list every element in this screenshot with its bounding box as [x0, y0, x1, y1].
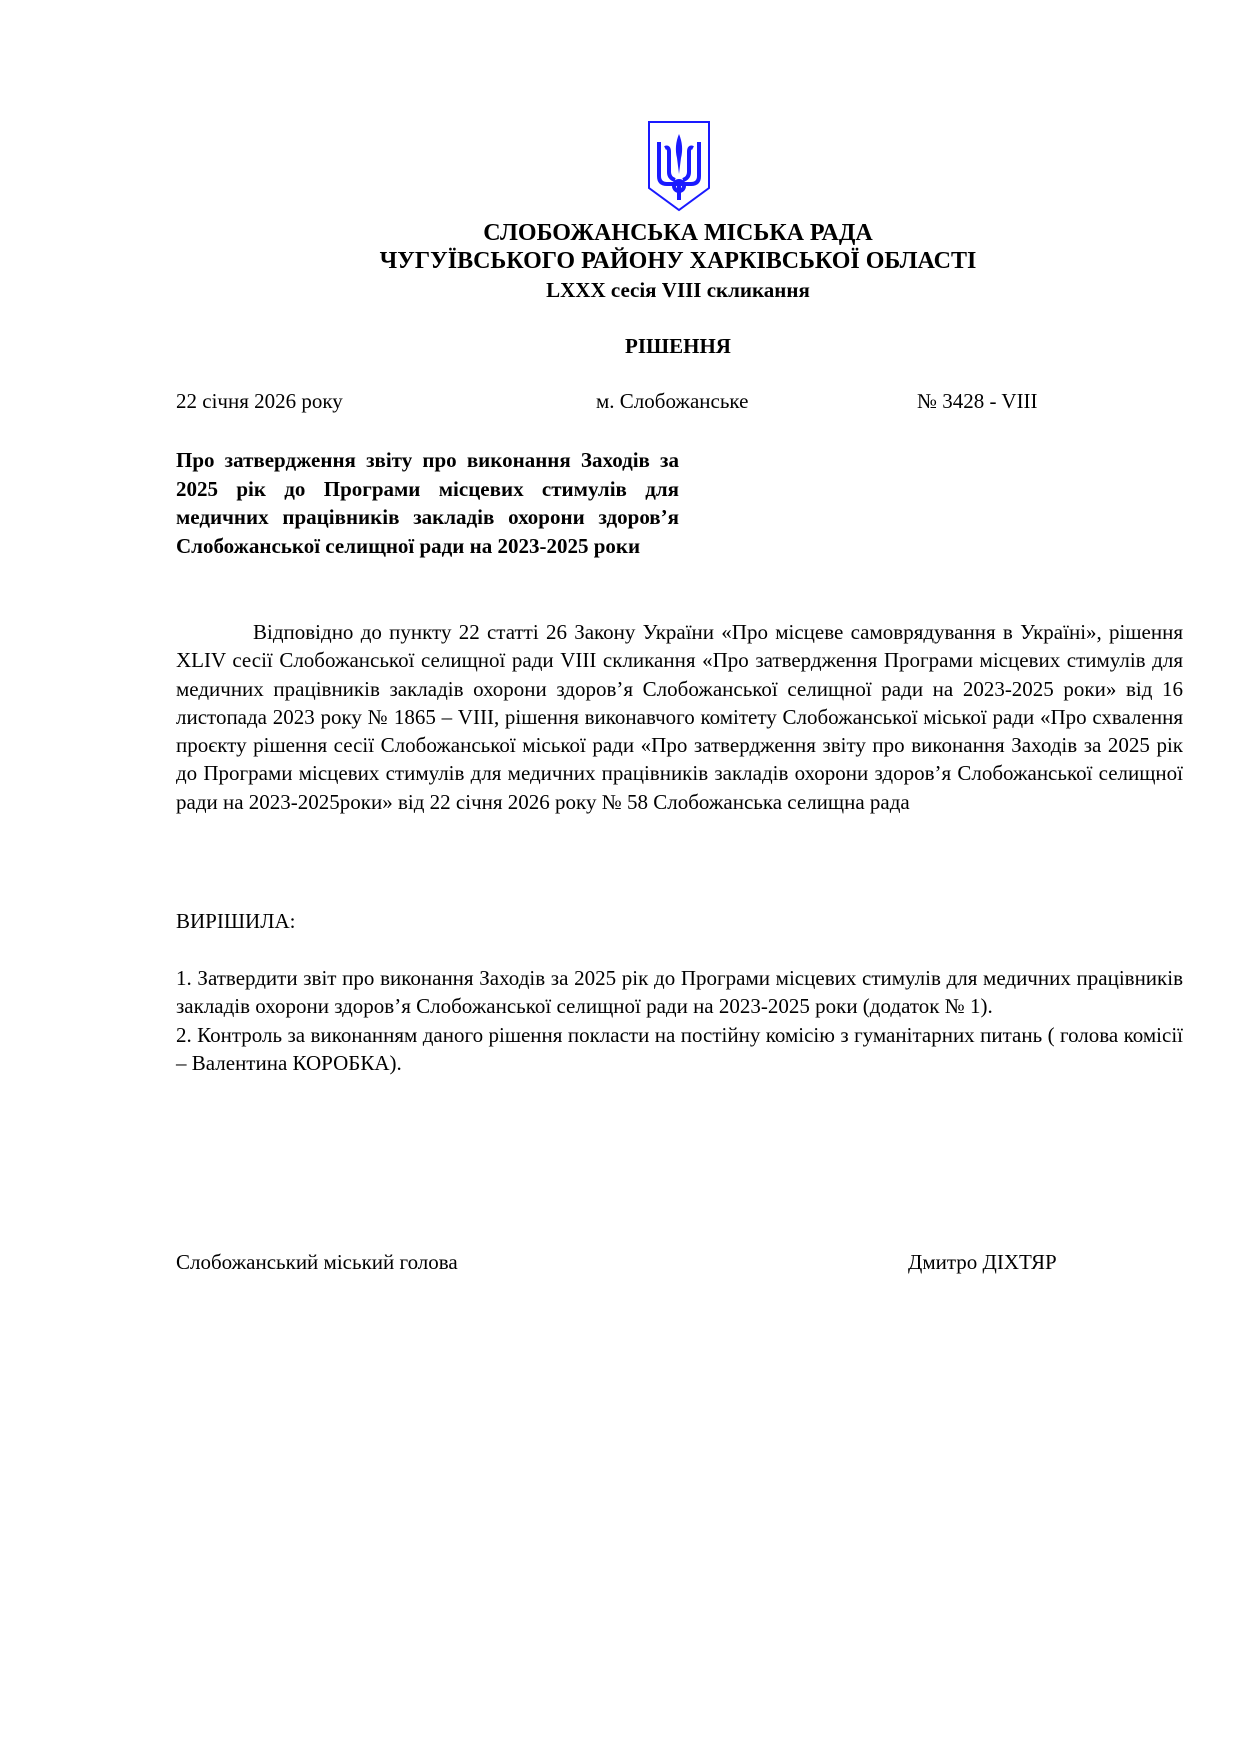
- district-name: ЧУГУЇВСЬКОГО РАЙОНУ ХАРКІВСЬКОЇ ОБЛАСТІ: [58, 248, 1240, 275]
- resolution-item: 1. Затвердити звіт про виконання Заходів…: [176, 964, 1183, 1021]
- decision-number: № 3428 - VIII: [917, 389, 1038, 414]
- decision-date: 22 січня 2026 року: [176, 389, 343, 414]
- signatory-name: Дмитро ДІХТЯР: [908, 1250, 1057, 1275]
- coat-of-arms-of-ukraine-icon: [645, 118, 713, 214]
- preamble-paragraph: Відповідно до пункту 22 статті 26 Закону…: [176, 618, 1183, 816]
- council-name: СЛОБОЖАНСЬКА МІСЬКА РАДА: [58, 220, 1240, 247]
- resolution-item: 2. Контроль за виконанням даного рішення…: [176, 1021, 1183, 1078]
- document-type: РІШЕННЯ: [58, 334, 1240, 359]
- decision-place: м. Слобожанське: [596, 389, 748, 414]
- document-page: СЛОБОЖАНСЬКА МІСЬКА РАДА ЧУГУЇВСЬКОГО РА…: [0, 0, 1240, 1754]
- decision-subject: Про затвердження звіту про виконання Зах…: [176, 446, 679, 560]
- resolution-items: 1. Затвердити звіт про виконання Заходів…: [176, 964, 1183, 1077]
- signatory-title: Слобожанський міський голова: [176, 1250, 458, 1275]
- resolved-label: ВИРІШИЛА:: [176, 909, 295, 934]
- session-info: LXXX сесія VIII скликання: [58, 278, 1240, 303]
